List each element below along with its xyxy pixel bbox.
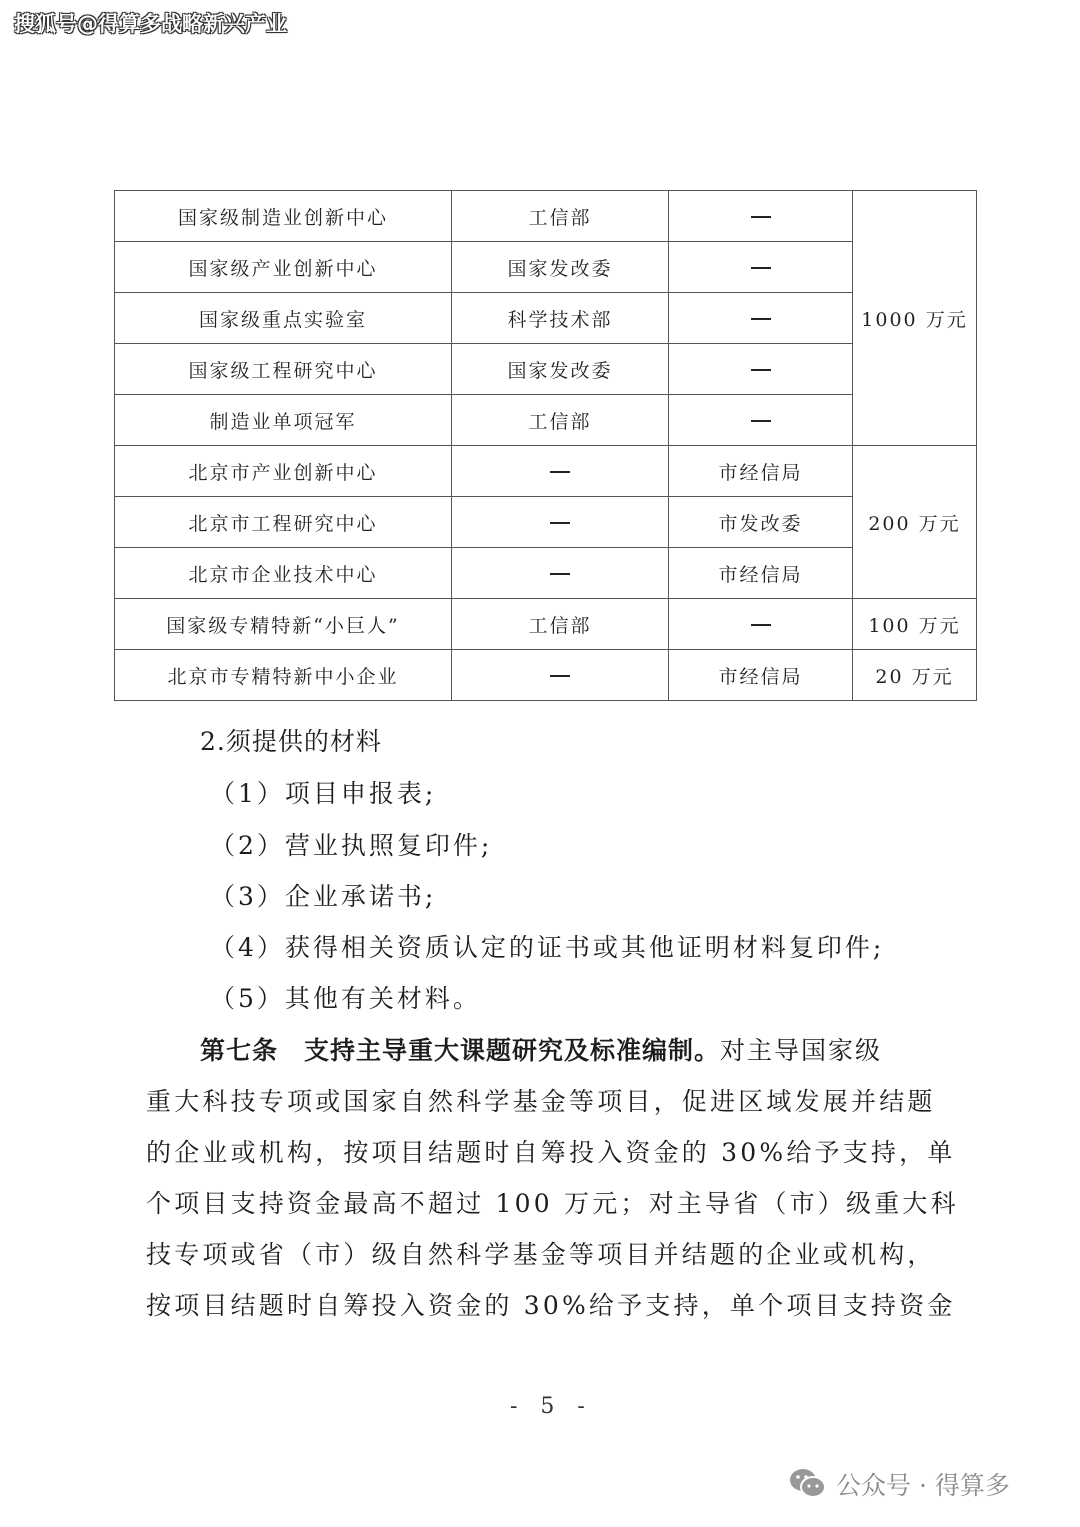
article-7-line: 的企业或机构，按项目结题时自筹投入资金的 30%给予支持，单 — [146, 1133, 946, 1169]
national-department: 国家发改委 — [452, 344, 669, 395]
national-department: 国家发改委 — [452, 242, 669, 293]
qualification-name: 国家级工程研究中心 — [115, 344, 452, 395]
table-row: 北京市产业创新中心 市经信局 200 万元 — [115, 446, 977, 497]
article-7-line: 个项目支持资金最高不超过 100 万元；对主导省（市）级重大科 — [146, 1184, 946, 1220]
support-amount: 1000 万元 — [853, 191, 977, 446]
qualification-name: 制造业单项冠军 — [115, 395, 452, 446]
national-department — [452, 650, 669, 701]
table-row: 国家级工程研究中心 国家发改委 — [115, 344, 977, 395]
qualification-name: 国家级制造业创新中心 — [115, 191, 452, 242]
qualification-name: 北京市企业技术中心 — [115, 548, 452, 599]
table-row: 国家级产业创新中心 国家发改委 — [115, 242, 977, 293]
article-7-text: 对主导国家级 — [720, 1036, 882, 1065]
materials-item: （4）获得相关资质认定的证书或其他证明材料复印件; — [210, 928, 884, 964]
dash-placeholder — [751, 318, 771, 320]
materials-item: （1）项目申报表; — [210, 774, 436, 810]
support-amount: 100 万元 — [853, 599, 977, 650]
dash-placeholder — [751, 216, 771, 218]
materials-heading: 2.须提供的材料 — [200, 722, 382, 758]
table-row: 北京市企业技术中心 市经信局 — [115, 548, 977, 599]
city-department: 市经信局 — [669, 548, 853, 599]
national-department — [452, 548, 669, 599]
qualification-support-table: 国家级制造业创新中心 工信部 1000 万元 国家级产业创新中心 国家发改委 国… — [114, 190, 977, 701]
dash-placeholder — [751, 420, 771, 422]
city-department — [669, 599, 853, 650]
article-7-line: 按项目结题时自筹投入资金的 30%给予支持，单个项目支持资金 — [146, 1286, 946, 1322]
national-department — [452, 497, 669, 548]
national-department: 科学技术部 — [452, 293, 669, 344]
support-amount: 200 万元 — [853, 446, 977, 599]
wechat-official-account-watermark: 公众号 · 得算多 — [788, 1466, 1010, 1502]
city-department: 市经信局 — [669, 650, 853, 701]
article-7-first-line: 第七条 支持主导重大课题研究及标准编制。对主导国家级 — [200, 1031, 882, 1067]
article-7-line: 重大科技专项或国家自然科学基金等项目，促进区域发展并结题 — [146, 1082, 946, 1118]
page-number: - 5 - — [510, 1394, 593, 1419]
table-row: 北京市专精特新中小企业 市经信局 20 万元 — [115, 650, 977, 701]
support-amount: 20 万元 — [853, 650, 977, 701]
table-row: 国家级专精特新“小巨人” 工信部 100 万元 — [115, 599, 977, 650]
article-7-title: 第七条 支持主导重大课题研究及标准编制。 — [200, 1036, 720, 1065]
city-department — [669, 191, 853, 242]
national-department — [452, 446, 669, 497]
city-department — [669, 344, 853, 395]
dash-placeholder — [751, 369, 771, 371]
qualification-name: 国家级专精特新“小巨人” — [115, 599, 452, 650]
national-department: 工信部 — [452, 599, 669, 650]
table-row: 国家级重点实验室 科学技术部 — [115, 293, 977, 344]
city-department: 市发改委 — [669, 497, 853, 548]
city-department — [669, 395, 853, 446]
materials-item: （5）其他有关材料。 — [210, 979, 481, 1015]
dash-placeholder — [550, 522, 570, 524]
dash-placeholder — [550, 471, 570, 473]
qualification-name: 北京市工程研究中心 — [115, 497, 452, 548]
national-department: 工信部 — [452, 191, 669, 242]
qualification-name: 国家级产业创新中心 — [115, 242, 452, 293]
city-department — [669, 242, 853, 293]
sohu-watermark: 搜狐号@得算多战略新兴产业 — [14, 8, 287, 38]
dash-placeholder — [550, 675, 570, 677]
qualification-name: 北京市专精特新中小企业 — [115, 650, 452, 701]
dash-placeholder — [751, 624, 771, 626]
table-row: 制造业单项冠军 工信部 — [115, 395, 977, 446]
city-department: 市经信局 — [669, 446, 853, 497]
dash-placeholder — [550, 573, 570, 575]
qualification-name: 北京市产业创新中心 — [115, 446, 452, 497]
table-row: 国家级制造业创新中心 工信部 1000 万元 — [115, 191, 977, 242]
article-7-line: 技专项或省（市）级自然科学基金等项目并结题的企业或机构， — [146, 1235, 946, 1271]
materials-item: （2）营业执照复印件; — [210, 826, 492, 862]
qualification-name: 国家级重点实验室 — [115, 293, 452, 344]
wechat-icon — [788, 1467, 828, 1501]
materials-item: （3）企业承诺书; — [210, 877, 436, 913]
national-department: 工信部 — [452, 395, 669, 446]
city-department — [669, 293, 853, 344]
wechat-account-label: 公众号 · 得算多 — [836, 1466, 1010, 1502]
table-row: 北京市工程研究中心 市发改委 — [115, 497, 977, 548]
dash-placeholder — [751, 267, 771, 269]
